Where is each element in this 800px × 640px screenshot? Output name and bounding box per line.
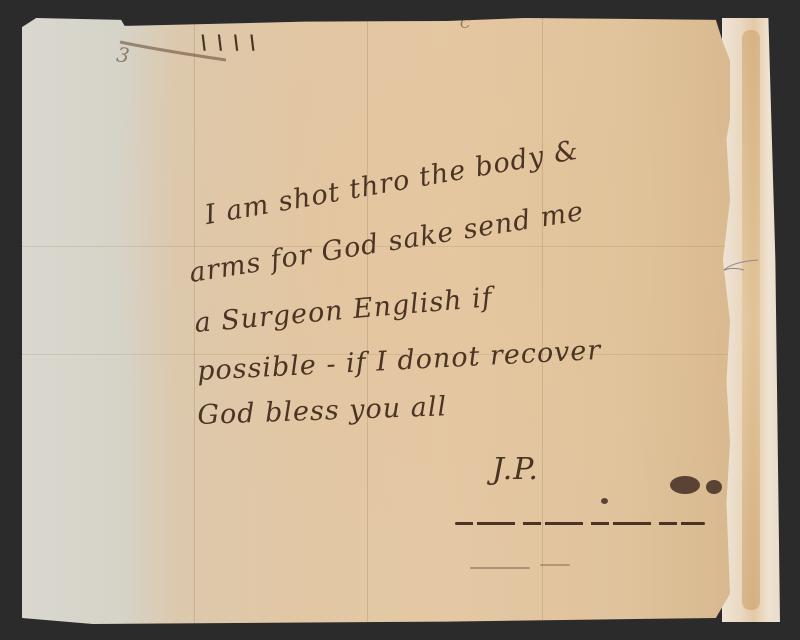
signature: J.P. (492, 452, 539, 487)
ink-blot (706, 480, 722, 494)
tally-marks: \ \ \ \ (200, 30, 257, 54)
ink-blot (601, 498, 608, 504)
faint-stroke (470, 567, 530, 569)
ink-blot (670, 476, 700, 494)
backing-water-stain (742, 30, 760, 610)
margin-pencil-mark (720, 258, 760, 274)
top-center-mark: C (460, 16, 472, 32)
fold-line (542, 18, 543, 624)
faint-stroke (540, 564, 570, 566)
decorative-rule (455, 522, 705, 525)
